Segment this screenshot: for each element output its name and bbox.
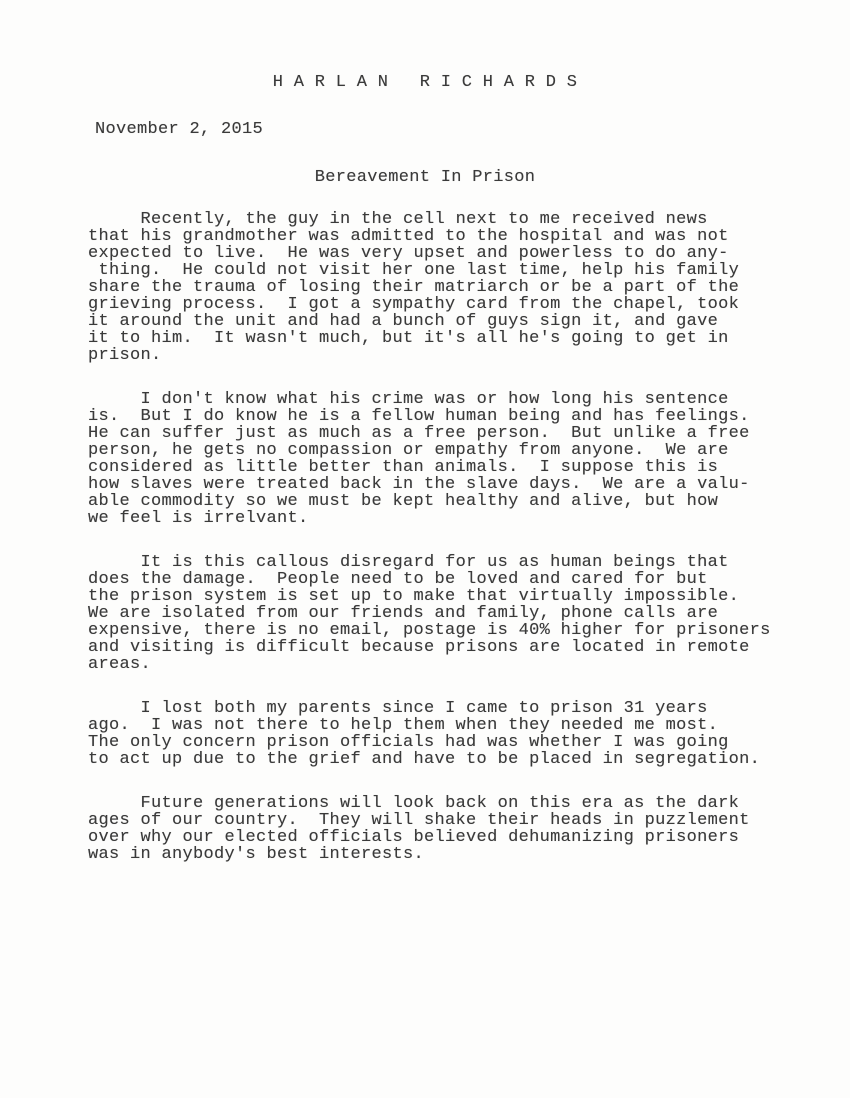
paragraph-4: I lost both my parents since I came to p…	[88, 700, 790, 768]
letter-body: Recently, the guy in the cell next to me…	[88, 211, 790, 863]
paragraph-5: Future generations will look back on thi…	[88, 795, 790, 863]
paragraph-3: It is this callous disregard for us as h…	[88, 554, 790, 673]
paragraph-1: Recently, the guy in the cell next to me…	[88, 211, 790, 364]
document-title: Bereavement In Prison	[0, 169, 850, 186]
author-heading: H A R L A N R I C H A R D S	[0, 74, 850, 91]
paragraph-2: I don't know what his crime was or how l…	[88, 391, 790, 527]
document-page: H A R L A N R I C H A R D S November 2, …	[0, 0, 850, 1098]
date-line: November 2, 2015	[95, 121, 850, 138]
